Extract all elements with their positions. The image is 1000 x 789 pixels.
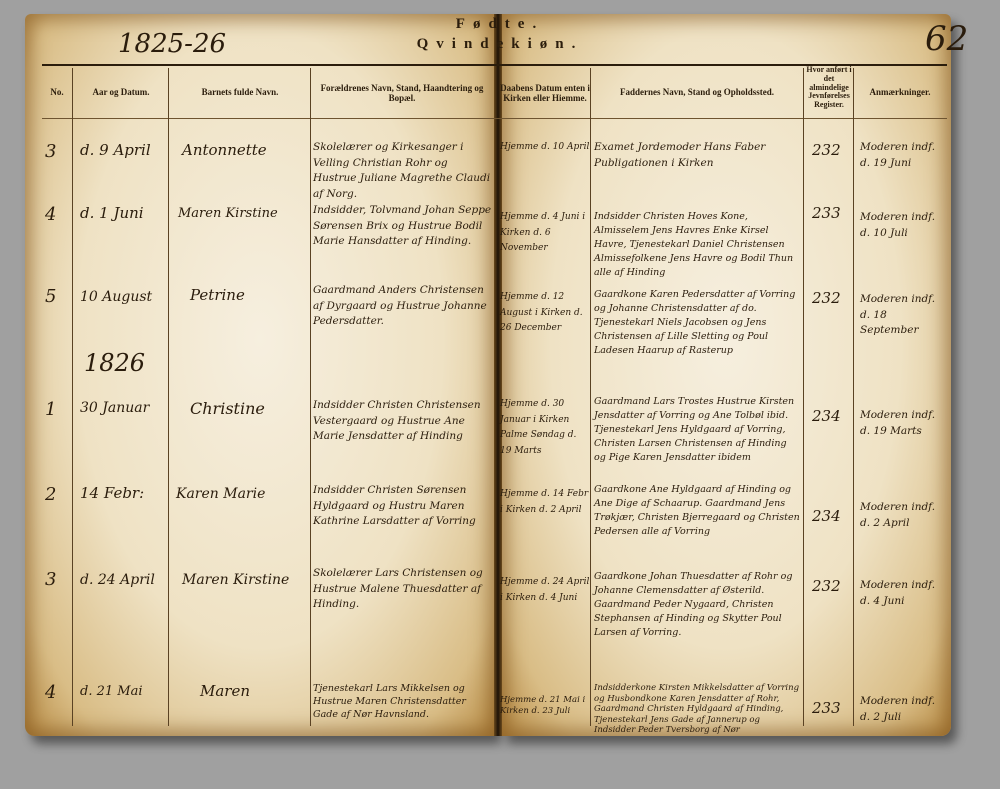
entry-no: 2 [45, 485, 56, 506]
entry-parents: Indsidder Christen Christensen Vestergaa… [313, 398, 493, 445]
year-marker-1826: 1826 [84, 350, 145, 378]
col-divider [853, 68, 854, 726]
entry-godparents: Indsidderkone Kirsten Mikkelsdatter af V… [594, 683, 800, 736]
title-line-1: Fødte. [440, 16, 560, 33]
entry-register: 234 [812, 408, 841, 425]
entry-baptism: Hjemme d. 24 April i Kirken d. 4 Juni [500, 575, 590, 606]
entry-date: 14 Febr: [80, 485, 144, 502]
entry-no: 5 [45, 287, 56, 308]
entry-baptism: Hjemme d. 4 Juni i Kirken d. 6 November [500, 210, 590, 257]
col-header-baptism: Daabens Datum enten i Kirken eller Hiemm… [500, 84, 590, 104]
entry-child-name: Maren Kirstine [178, 207, 278, 222]
entry-child-name: Maren [200, 683, 250, 700]
col-divider [72, 68, 73, 726]
entry-godparents: Gaardkone Ane Hyldgaard af Hinding og An… [594, 483, 800, 539]
entry-remarks: Moderen indf. d. 10 Juli [860, 210, 948, 241]
column-header-rule [42, 118, 947, 119]
col-header-no: No. [40, 88, 74, 98]
entry-register: 232 [812, 578, 841, 595]
entry-register: 233 [812, 205, 841, 222]
entry-child-name: Karen Marie [176, 486, 265, 502]
entry-no: 4 [45, 205, 56, 226]
entry-remarks: Moderen indf. d. 19 Juni [860, 140, 948, 171]
page-number: 62 [925, 20, 968, 59]
entry-godparents: Gaardmand Lars Trostes Hustrue Kirsten J… [594, 395, 800, 465]
entry-parents: Gaardmand Anders Christensen af Dyrgaard… [313, 283, 493, 330]
entry-parents: Indsidder Christen Sørensen Hyldgaard og… [313, 483, 493, 530]
entry-child-name: Antonnette [182, 142, 267, 159]
entry-child-name: Christine [190, 400, 265, 418]
entry-no: 1 [45, 400, 56, 421]
entry-remarks: Moderen indf. d. 4 Juni [860, 578, 948, 609]
entry-child-name: Maren Kirstine [182, 572, 289, 588]
entry-parents: Skolelærer og Kirkesanger i Velling Chri… [313, 140, 493, 202]
entry-no: 3 [45, 142, 56, 163]
entry-remarks: Moderen indf. d. 18 September [860, 292, 948, 339]
entry-register: 232 [812, 290, 841, 307]
entry-godparents: Indsidder Christen Hoves Kone, Almissele… [594, 210, 800, 280]
entry-date: d. 1 Juni [80, 205, 144, 222]
entry-godparents: Examet Jordemoder Hans Faber Publigation… [594, 140, 800, 171]
entry-date: 10 August [80, 289, 152, 305]
entry-baptism: Hjemme d. 12 August i Kirken d. 26 Decem… [500, 290, 590, 337]
entry-baptism: Hjemme d. 14 Febr i Kirken d. 2 April [500, 487, 590, 518]
col-divider [590, 68, 591, 726]
col-header-parents: Forældrenes Navn, Stand, Haandtering og … [312, 84, 492, 104]
entry-remarks: Moderen indf. d. 2 April [860, 500, 948, 531]
entry-godparents: Gaardkone Johan Thuesdatter af Rohr og J… [594, 570, 800, 640]
col-header-remarks: Anmærkninger. [855, 88, 945, 98]
col-header-child-name: Barnets fulde Navn. [170, 88, 310, 98]
entry-no: 3 [45, 570, 56, 591]
entry-date: d. 24 April [80, 572, 155, 588]
entry-parents: Skolelærer Lars Christensen og Hustrue M… [313, 566, 493, 613]
entry-child-name: Petrine [190, 287, 245, 304]
col-divider [168, 68, 169, 726]
col-divider [310, 68, 311, 726]
entry-date: d. 21 Mai [80, 685, 142, 700]
entry-no: 4 [45, 683, 56, 704]
entry-register: 234 [812, 508, 841, 525]
col-header-date: Aar og Datum. [74, 88, 168, 98]
entry-register: 233 [812, 700, 841, 717]
entry-baptism: Hjemme d. 10 April [500, 140, 590, 156]
year-header: 1825-26 [118, 30, 226, 60]
entry-date: 30 Januar [80, 400, 149, 416]
entry-baptism: Hjemme d. 30 Januar i Kirken Palme Sønda… [500, 397, 590, 459]
book-gutter [494, 14, 502, 736]
title-line-2: Qvindekiøn. [400, 36, 600, 53]
entry-remarks: Moderen indf. d. 2 Juli [860, 694, 948, 725]
entry-register: 232 [812, 142, 841, 159]
entry-date: d. 9 April [80, 142, 151, 159]
entry-godparents: Gaardkone Karen Pedersdatter af Vorring … [594, 288, 800, 358]
col-header-register: Hvor anført i det almindelige Jevnførels… [805, 66, 853, 110]
entry-baptism: Hjemme d. 21 Mai i Kirken d. 23 Juli [500, 695, 590, 717]
entry-parents: Indsidder, Tolvmand Johan Seppe Sørensen… [313, 203, 493, 250]
col-divider [803, 68, 804, 726]
entry-remarks: Moderen indf. d. 19 Marts [860, 408, 948, 439]
col-header-godparents: Faddernes Navn, Stand og Opholdssted. [592, 88, 802, 98]
entry-parents: Tjenestekarl Lars Mikkelsen og Hustrue M… [313, 682, 493, 721]
